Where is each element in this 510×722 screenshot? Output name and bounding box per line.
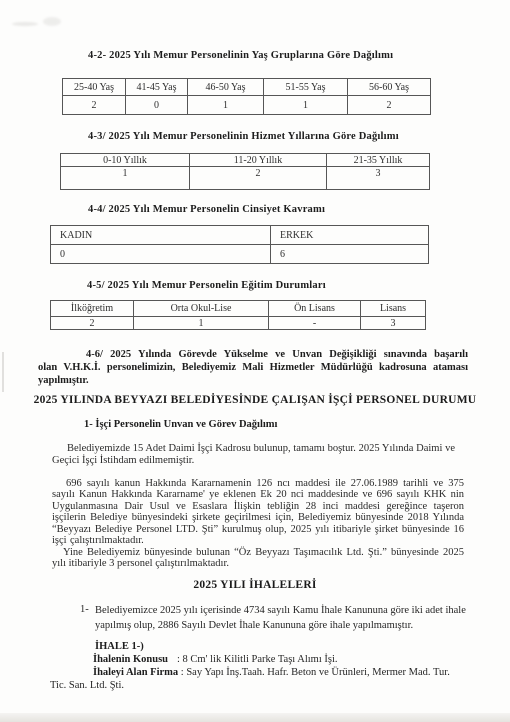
table-value-cell: 1 — [134, 317, 269, 330]
table-value-cell: 3 — [327, 167, 430, 190]
ihale-1-label: İHALE 1-) — [95, 641, 144, 652]
table-value-cell: 6 — [271, 245, 429, 264]
table-value-row: 2 1 - 3 — [51, 317, 426, 330]
table-header-cell: KADIN — [51, 226, 271, 245]
table-value-row: 0 6 — [51, 245, 429, 264]
list-item-text: Belediyemizce 2025 yılı içerisinde 4734 … — [95, 604, 467, 634]
ihale-firma-line: İhaleyi Alan Firma : Say Yapı İnş.Taah. … — [50, 667, 466, 693]
paragraph-daimi-isci: Belediyemizde 15 Adet Daimi İşçi Kadrosu… — [52, 443, 455, 466]
paragraph-oz-beyyazi: Yine Belediyemiz bünyesinde bulunan “Öz … — [52, 547, 464, 570]
table-header-row: 0-10 Yıllık 11-20 Yıllık 21-35 Yıllık — [61, 154, 430, 167]
subheading-unvan-gorev: 1- İşçi Personelin Unvan ve Görev Dağılı… — [84, 419, 277, 430]
section-title-4-2: 4-2- 2025 Yılı Memur Personelinin Yaş Gr… — [88, 50, 393, 61]
table-value-cell: 0 — [126, 96, 188, 115]
section-title-4-4: 4-4/ 2025 Yılı Memur Personelin Cinsiyet… — [88, 204, 325, 215]
table-header-cell: 56-60 Yaş — [348, 79, 431, 96]
table-header-row: 25-40 Yaş 41-45 Yaş 46-50 Yaş 51-55 Yaş … — [63, 79, 431, 96]
table-header-cell: ERKEK — [271, 226, 429, 245]
table-value-cell: 2 — [63, 96, 126, 115]
scan-smudge — [43, 17, 61, 26]
scan-edge-artifact — [2, 352, 4, 392]
table-header-cell: Orta Okul-Lise — [134, 301, 269, 317]
ihale-firma-label: İhaleyi Alan Firma — [93, 667, 178, 678]
heading-ihaleler: 2025 YILI İHALELERİ — [0, 579, 510, 591]
table-header-cell: 25-40 Yaş — [63, 79, 126, 96]
table-value-row: 1 2 3 — [61, 167, 430, 190]
list-item-number: 1- — [80, 604, 89, 615]
table-value-cell: 1 — [188, 96, 264, 115]
table-header-row: İlköğretim Orta Okul-Lise Ön Lisans Lisa… — [51, 301, 426, 317]
table-header-cell: İlköğretim — [51, 301, 134, 317]
education-table: İlköğretim Orta Okul-Lise Ön Lisans Lisa… — [50, 300, 426, 330]
table-value-cell: 2 — [51, 317, 134, 330]
age-groups-table: 25-40 Yaş 41-45 Yaş 46-50 Yaş 51-55 Yaş … — [62, 78, 431, 115]
ihale-konu-label: İhalenin Konusu — [93, 654, 177, 665]
table-header-cell: 51-55 Yaş — [264, 79, 348, 96]
document-page: 4-2- 2025 Yılı Memur Personelinin Yaş Gr… — [0, 0, 510, 722]
gender-table: KADIN ERKEK 0 6 — [50, 225, 429, 264]
heading-isci-personel: 2025 YILINDA BEYYAZI BELEDİYESİNDE ÇALIŞ… — [0, 394, 510, 406]
table-value-row: 2 0 1 1 2 — [63, 96, 431, 115]
table-value-cell: 2 — [348, 96, 431, 115]
table-value-cell: 1 — [264, 96, 348, 115]
table-header-row: KADIN ERKEK — [51, 226, 429, 245]
table-header-cell: 11-20 Yıllık — [190, 154, 327, 167]
table-header-cell: 46-50 Yaş — [188, 79, 264, 96]
table-header-cell: 21-35 Yıllık — [327, 154, 430, 167]
paragraph-696-khk: 696 sayılı kanun Hakkında Kararnamenin 1… — [52, 478, 464, 546]
ihale-konu-value: : 8 Cm' lik Kilitli Parke Taşı Alımı İşi… — [177, 654, 338, 665]
table-header-cell: Lisans — [361, 301, 426, 317]
table-value-cell: 3 — [361, 317, 426, 330]
table-value-cell: 2 — [190, 167, 327, 190]
scan-smudge — [12, 22, 38, 26]
section-title-4-3: 4-3/ 2025 Yılı Memur Personelinin Hizmet… — [88, 131, 399, 142]
paragraph-4-6: 4-6/ 2025 Yılında Görevde Yükselme ve Un… — [38, 348, 468, 387]
table-header-cell: 0-10 Yıllık — [61, 154, 190, 167]
table-header-cell: Ön Lisans — [269, 301, 361, 317]
table-header-cell: 41-45 Yaş — [126, 79, 188, 96]
table-value-cell: 1 — [61, 167, 190, 190]
service-years-table: 0-10 Yıllık 11-20 Yıllık 21-35 Yıllık 1 … — [60, 153, 430, 190]
scan-bottom-edge — [0, 713, 510, 722]
table-value-cell: 0 — [51, 245, 271, 264]
table-value-cell: - — [269, 317, 361, 330]
section-title-4-5: 4-5/ 2025 Yılı Memur Personelin Eğitim D… — [87, 280, 326, 291]
ihale-konu-line: İhalenin Konusu: 8 Cm' lik Kilitli Parke… — [93, 654, 338, 665]
